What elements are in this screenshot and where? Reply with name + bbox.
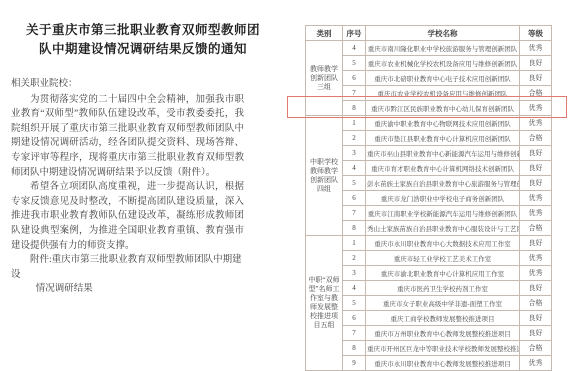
header-category: 类别 bbox=[306, 26, 343, 41]
table-row: 4重庆市育才职业教育中心计算机网络技术创新团队良好 bbox=[306, 161, 552, 176]
table-row: 中职“双师型”名师工作室与教师发展整校推进项目五组1重庆市永川职业教育中心大数据… bbox=[306, 236, 552, 251]
paragraph-1: 为贯彻落实党的二十届四中全会精神，加强我市职业教育“双师型”教师队伍建设改革，受… bbox=[11, 93, 244, 181]
grade-cell: 良好 bbox=[520, 161, 552, 176]
school-cell: 重庆市万州职业教育中心教师发展整校推进项目 bbox=[366, 326, 520, 341]
grade-cell: 合格 bbox=[520, 341, 552, 356]
seq-cell: 7 bbox=[343, 326, 366, 341]
table-row: 3重庆市巫山县职业教育中心新能源汽车运用与维修创新团队良好 bbox=[306, 146, 552, 161]
seq-cell: 6 bbox=[343, 311, 366, 326]
table-row: 5重庆市农业机械化学校农机设备应用与维修创新团队良好 bbox=[306, 56, 552, 71]
grade-cell: 合格 bbox=[520, 131, 552, 146]
page-title: 关于重庆市第三批职业教育双师型教师团 队中期建设情况调研结果反馈的通知 bbox=[14, 21, 272, 59]
seq-cell: 2 bbox=[343, 131, 366, 146]
table-row: 教师教学创新团队三组4重庆市南川隆化职业中学校旅游服务与管理创新团队优秀 bbox=[306, 41, 552, 56]
school-cell: 秀山土家族苗族自治县职业教育中心服装设计与工艺团队 bbox=[366, 221, 520, 236]
grade-cell: 良好 bbox=[520, 311, 552, 326]
seq-cell: 4 bbox=[343, 161, 366, 176]
grade-cell: 良好 bbox=[520, 281, 552, 296]
school-cell: 重庆市巫山县职业教育中心新能源汽车运用与维修创新团队 bbox=[366, 146, 520, 161]
grade-cell: 优秀 bbox=[520, 41, 552, 56]
table-row: 6重庆市北碚职业教育中心电子技术应用创新团队良好 bbox=[306, 71, 552, 86]
seq-cell: 5 bbox=[343, 56, 366, 71]
grade-cell: 良好 bbox=[520, 326, 552, 341]
grade-cell: 良好 bbox=[520, 146, 552, 161]
school-cell: 彭水苗族土家族自治县职业教育中心旅游服务与管理创新团队 bbox=[366, 176, 520, 191]
school-cell: 重庆市垫江县职业教育中心计算机应用创新团队 bbox=[366, 131, 520, 146]
grade-cell: 良好 bbox=[520, 236, 552, 251]
header-grade: 等级 bbox=[520, 26, 552, 41]
table-row: 3重庆市渝北职业教育中心计算机应用工作室优秀 bbox=[306, 266, 552, 281]
seq-cell: 1 bbox=[343, 116, 366, 131]
results-table-body: 教师教学创新团队三组4重庆市南川隆化职业中学校旅游服务与管理创新团队优秀5重庆市… bbox=[306, 41, 552, 371]
school-cell: 重庆市渝北职业教育中心计算机应用工作室 bbox=[366, 266, 520, 281]
seq-cell: 8 bbox=[343, 221, 366, 236]
school-cell: 重庆市龙门浩职业中学校电子商务创新团队 bbox=[366, 191, 520, 206]
table-row: 7重庆市江南职业学校新能源汽车运用与维修创新团队优秀 bbox=[306, 206, 552, 221]
grade-cell: 良好 bbox=[520, 176, 552, 191]
table-row: 2重庆市轻工业学校工艺美术工作室优秀 bbox=[306, 251, 552, 266]
seq-cell: 8 bbox=[343, 101, 366, 116]
paragraph-2: 希望各立项团队高度重视，进一步提高认识，根据专家反馈意见及时整改，不断提高团队建… bbox=[11, 180, 244, 253]
table-row: 5重庆市女子职业高级中学非遗-面塑工作室合格 bbox=[306, 296, 552, 311]
grade-cell: 优秀 bbox=[520, 266, 552, 281]
table-row: 8秀山土家族苗族自治县职业教育中心服装设计与工艺团队合格 bbox=[306, 221, 552, 236]
notice-body: 相关职业院校： 为贯彻落实党的二十届四中全会精神，加强我市职业教育“双师型”教师… bbox=[11, 77, 244, 297]
grade-cell: 优秀 bbox=[520, 206, 552, 221]
notice-page: 关于重庆市第三批职业教育双师型教师团 队中期建设情况调研结果反馈的通知 相关职业… bbox=[0, 0, 286, 371]
seq-cell: 1 bbox=[343, 236, 366, 251]
school-cell: 重庆市女子职业高级中学非遗-面塑工作室 bbox=[366, 296, 520, 311]
school-cell: 重庆市轻工业学校工艺美术工作室 bbox=[366, 251, 520, 266]
school-cell: 重庆市永川职业教育中心大数据技术应用工作室 bbox=[366, 236, 520, 251]
seq-cell: 8 bbox=[343, 341, 366, 356]
header-school: 学校名称 bbox=[366, 26, 520, 41]
attachment-line-1: 附件:重庆市第三批职业教育双师型教师团队中期建设 bbox=[11, 253, 244, 282]
title-line-2: 队中期建设情况调研结果反馈的通知 bbox=[14, 40, 272, 59]
seq-cell: 2 bbox=[343, 251, 366, 266]
table-row: 7重庆市万州职业教育中心教师发展整校推进项目良好 bbox=[306, 326, 552, 341]
seq-cell: 3 bbox=[343, 146, 366, 161]
seq-cell: 5 bbox=[343, 296, 366, 311]
school-cell: 重庆市育才职业教育中心计算机网络技术创新团队 bbox=[366, 161, 520, 176]
grade-cell: 优秀 bbox=[520, 116, 552, 131]
table-row: 6重庆工商学校教师发展整校推进项目良好 bbox=[306, 311, 552, 326]
school-cell: 重庆市南川隆化职业中学校旅游服务与管理创新团队 bbox=[366, 41, 520, 56]
title-line-1: 关于重庆市第三批职业教育双师型教师团 bbox=[14, 21, 272, 40]
table-row: 8重庆市开州区巨龙中等职业技术学校教师发展整校推进项目合格 bbox=[306, 341, 552, 356]
table-row: 9重庆市永川职业教育中心教师发展整校推进项目优秀 bbox=[306, 356, 552, 371]
results-table-page: 类别 序号 学校名称 等级 教师教学创新团队三组4重庆市南川隆化职业中学校旅游服… bbox=[286, 0, 572, 371]
grade-cell: 优秀 bbox=[520, 191, 552, 206]
table-row: 7重庆市农业学校农机设备应用与维修创新团队合格 bbox=[306, 86, 552, 101]
salutation: 相关职业院校： bbox=[11, 77, 244, 92]
school-cell: 重庆市永川职业教育中心教师发展整校推进项目 bbox=[366, 356, 520, 371]
seq-cell: 4 bbox=[343, 281, 366, 296]
seq-cell: 7 bbox=[343, 86, 366, 101]
table-header-row: 类别 序号 学校名称 等级 bbox=[306, 26, 552, 41]
seq-cell: 6 bbox=[343, 71, 366, 86]
results-table: 类别 序号 学校名称 等级 教师教学创新团队三组4重庆市南川隆化职业中学校旅游服… bbox=[305, 25, 552, 371]
grade-cell: 良好 bbox=[520, 56, 552, 71]
grade-cell: 优秀 bbox=[520, 251, 552, 266]
category-cell: 教师教学创新团队三组 bbox=[306, 41, 343, 116]
grade-cell: 良好 bbox=[520, 71, 552, 86]
school-cell: 重庆渝中职业教育中心物联网技术应用创新团队 bbox=[366, 116, 520, 131]
school-cell: 重庆工商学校教师发展整校推进项目 bbox=[366, 311, 520, 326]
grade-cell: 合格 bbox=[520, 296, 552, 311]
school-cell: 重庆市开州区巨龙中等职业技术学校教师发展整校推进项目 bbox=[366, 341, 520, 356]
school-cell: 重庆市北碚职业教育中心电子技术应用创新团队 bbox=[366, 71, 520, 86]
school-cell: 重庆市黔江区民族职业教育中心幼儿保育创新团队 bbox=[366, 101, 520, 116]
grade-cell: 合格 bbox=[520, 221, 552, 236]
table-row: 中职学校教师教学创新团队四组1重庆渝中职业教育中心物联网技术应用创新团队优秀 bbox=[306, 116, 552, 131]
table-row: 4重庆市医药卫生学校药剂工作室良好 bbox=[306, 281, 552, 296]
school-cell: 重庆市江南职业学校新能源汽车运用与维修创新团队 bbox=[366, 206, 520, 221]
seq-cell: 3 bbox=[343, 266, 366, 281]
seq-cell: 9 bbox=[343, 356, 366, 371]
header-seq: 序号 bbox=[343, 26, 366, 41]
seq-cell: 4 bbox=[343, 41, 366, 56]
category-cell: 中职“双师型”名师工作室与教师发展整校推进项目五组 bbox=[306, 236, 343, 371]
seq-cell: 5 bbox=[343, 176, 366, 191]
school-cell: 重庆市农业学校农机设备应用与维修创新团队 bbox=[366, 86, 520, 101]
seq-cell: 7 bbox=[343, 206, 366, 221]
table-row: 5彭水苗族土家族自治县职业教育中心旅游服务与管理创新团队良好 bbox=[306, 176, 552, 191]
seq-cell: 6 bbox=[343, 191, 366, 206]
table-row: 6重庆市龙门浩职业中学校电子商务创新团队优秀 bbox=[306, 191, 552, 206]
school-cell: 重庆市农业机械化学校农机设备应用与维修创新团队 bbox=[366, 56, 520, 71]
attachment-line-2: 情况调研结果 bbox=[11, 282, 244, 297]
grade-cell: 优秀 bbox=[520, 101, 552, 116]
category-cell: 中职学校教师教学创新团队四组 bbox=[306, 116, 343, 236]
school-cell: 重庆市医药卫生学校药剂工作室 bbox=[366, 281, 520, 296]
grade-cell: 优秀 bbox=[520, 356, 552, 371]
table-row: 2重庆市垫江县职业教育中心计算机应用创新团队合格 bbox=[306, 131, 552, 146]
table-row: 8重庆市黔江区民族职业教育中心幼儿保育创新团队优秀 bbox=[306, 101, 552, 116]
grade-cell: 合格 bbox=[520, 86, 552, 101]
